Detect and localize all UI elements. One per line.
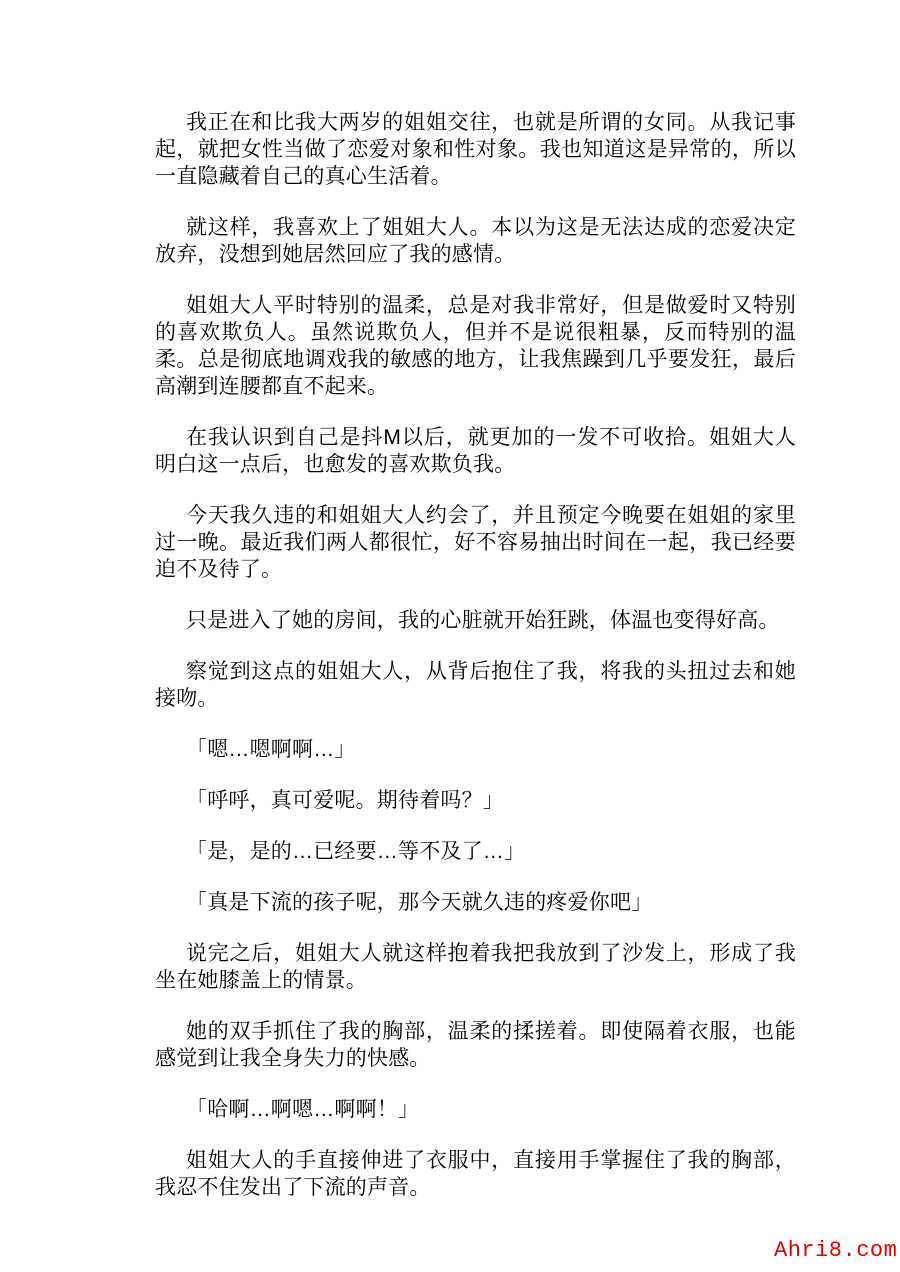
site-watermark: Ahri8.com bbox=[774, 1239, 897, 1263]
dialogue-line: 「是，是的…已经要…等不及了…」 bbox=[155, 838, 796, 865]
story-text: 我正在和比我大两岁的姐姐交往，也就是所谓的女同。从我记事起，就把女性当做了恋爱对… bbox=[155, 109, 796, 1225]
document-page: 我正在和比我大两岁的姐姐交往，也就是所谓的女同。从我记事起，就把女性当做了恋爱对… bbox=[0, 0, 900, 1272]
story-paragraph: 察觉到这点的姐姐大人，从背后抱住了我，将我的头扭过去和她接吻。 bbox=[155, 658, 796, 712]
dialogue-line: 「哈啊…啊嗯…啊啊！」 bbox=[155, 1096, 796, 1123]
story-paragraph: 就这样，我喜欢上了姐姐大人。本以为这是无法达成的恋爱决定放弃，没想到她居然回应了… bbox=[155, 214, 796, 268]
story-paragraph: 姐姐大人平时特别的温柔，总是对我非常好，但是做爱时又特别的喜欢欺负人。虽然说欺负… bbox=[155, 292, 796, 400]
story-paragraph: 今天我久违的和姐姐大人约会了，并且预定今晚要在姐姐的家里过一晚。最近我们两人都很… bbox=[155, 502, 796, 583]
story-paragraph: 说完之后，姐姐大人就这样抱着我把我放到了沙发上，形成了我坐在她膝盖上的情景。 bbox=[155, 940, 796, 994]
story-paragraph: 她的双手抓住了我的胸部，温柔的揉搓着。即使隔着衣服，也能感觉到让我全身失力的快感… bbox=[155, 1018, 796, 1072]
dialogue-line: 「真是下流的孩子呢，那今天就久违的疼爱你吧」 bbox=[155, 889, 796, 916]
story-paragraph: 我正在和比我大两岁的姐姐交往，也就是所谓的女同。从我记事起，就把女性当做了恋爱对… bbox=[155, 109, 796, 190]
story-paragraph: 只是进入了她的房间，我的心脏就开始狂跳，体温也变得好高。 bbox=[155, 607, 796, 634]
story-paragraph: 姐姐大人的手直接伸进了衣服中，直接用手掌握住了我的胸部，我忍不住发出了下流的声音… bbox=[155, 1147, 796, 1201]
story-paragraph: 在我认识到自己是抖M以后，就更加的一发不可收拾。姐姐大人明白这一点后，也愈发的喜… bbox=[155, 424, 796, 478]
dialogue-line: 「嗯…嗯啊啊…」 bbox=[155, 736, 796, 763]
dialogue-line: 「呼呼，真可爱呢。期待着吗？」 bbox=[155, 787, 796, 814]
